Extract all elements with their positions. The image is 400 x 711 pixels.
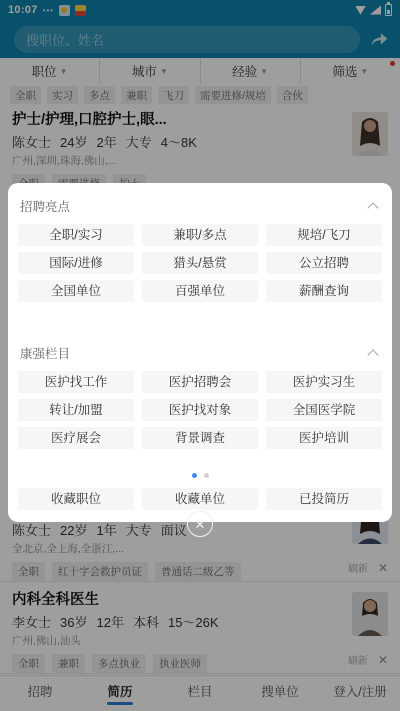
category-modal: 招聘亮点 全职/实习 兼职/多点 规培/飞刀 国际/进修 猎头/悬赏 公立招聘 … (8, 183, 392, 522)
category-button[interactable]: 薪酬查询 (266, 280, 382, 302)
category-button[interactable]: 国际/进修 (18, 252, 134, 274)
app-screen: 10:07 ••• 搜职位、姓名 职位 ▼ 城 (0, 0, 400, 711)
category-button[interactable]: 医护招聘会 (142, 371, 258, 393)
pagination-dots (18, 473, 382, 478)
category-grid: 全职/实习 兼职/多点 规培/飞刀 国际/进修 猎头/悬赏 公立招聘 全国单位 … (18, 224, 382, 302)
category-button[interactable]: 全国医学院 (266, 399, 382, 421)
page-dot-active (192, 473, 197, 478)
category-button[interactable]: 医护找工作 (18, 371, 134, 393)
chevron-up-icon[interactable] (367, 349, 378, 360)
saved-jobs-button[interactable]: 收藏职位 (18, 488, 134, 510)
category-button[interactable]: 医疗展会 (18, 427, 134, 449)
close-modal-button[interactable]: ✕ (187, 511, 213, 537)
section-header: 康强栏目 (18, 342, 382, 362)
category-button[interactable]: 医护实习生 (266, 371, 382, 393)
category-button[interactable]: 全国单位 (18, 280, 134, 302)
category-button[interactable]: 全职/实习 (18, 224, 134, 246)
submitted-resumes-button[interactable]: 已投简历 (266, 488, 382, 510)
category-button[interactable]: 背景调查 (142, 427, 258, 449)
modal-footer: 收藏职位 收藏单位 已投简历 (18, 488, 382, 510)
category-button[interactable]: 猎头/悬赏 (142, 252, 258, 274)
section-title: 康强栏目 (20, 344, 70, 362)
category-button[interactable]: 百强单位 (142, 280, 258, 302)
saved-employers-button[interactable]: 收藏单位 (142, 488, 258, 510)
chevron-up-icon[interactable] (367, 202, 378, 213)
category-button[interactable]: 医护找对象 (142, 399, 258, 421)
category-button[interactable]: 转让/加盟 (18, 399, 134, 421)
category-button[interactable]: 规培/飞刀 (266, 224, 382, 246)
category-grid: 医护找工作 医护招聘会 医护实习生 转让/加盟 医护找对象 全国医学院 医疗展会… (18, 371, 382, 449)
section-header: 招聘亮点 (18, 195, 382, 215)
category-button[interactable]: 兼职/多点 (142, 224, 258, 246)
section-title: 招聘亮点 (20, 197, 70, 215)
category-button[interactable]: 医护培训 (266, 427, 382, 449)
close-icon: ✕ (195, 518, 206, 531)
category-button[interactable]: 公立招聘 (266, 252, 382, 274)
page-dot (204, 473, 209, 478)
